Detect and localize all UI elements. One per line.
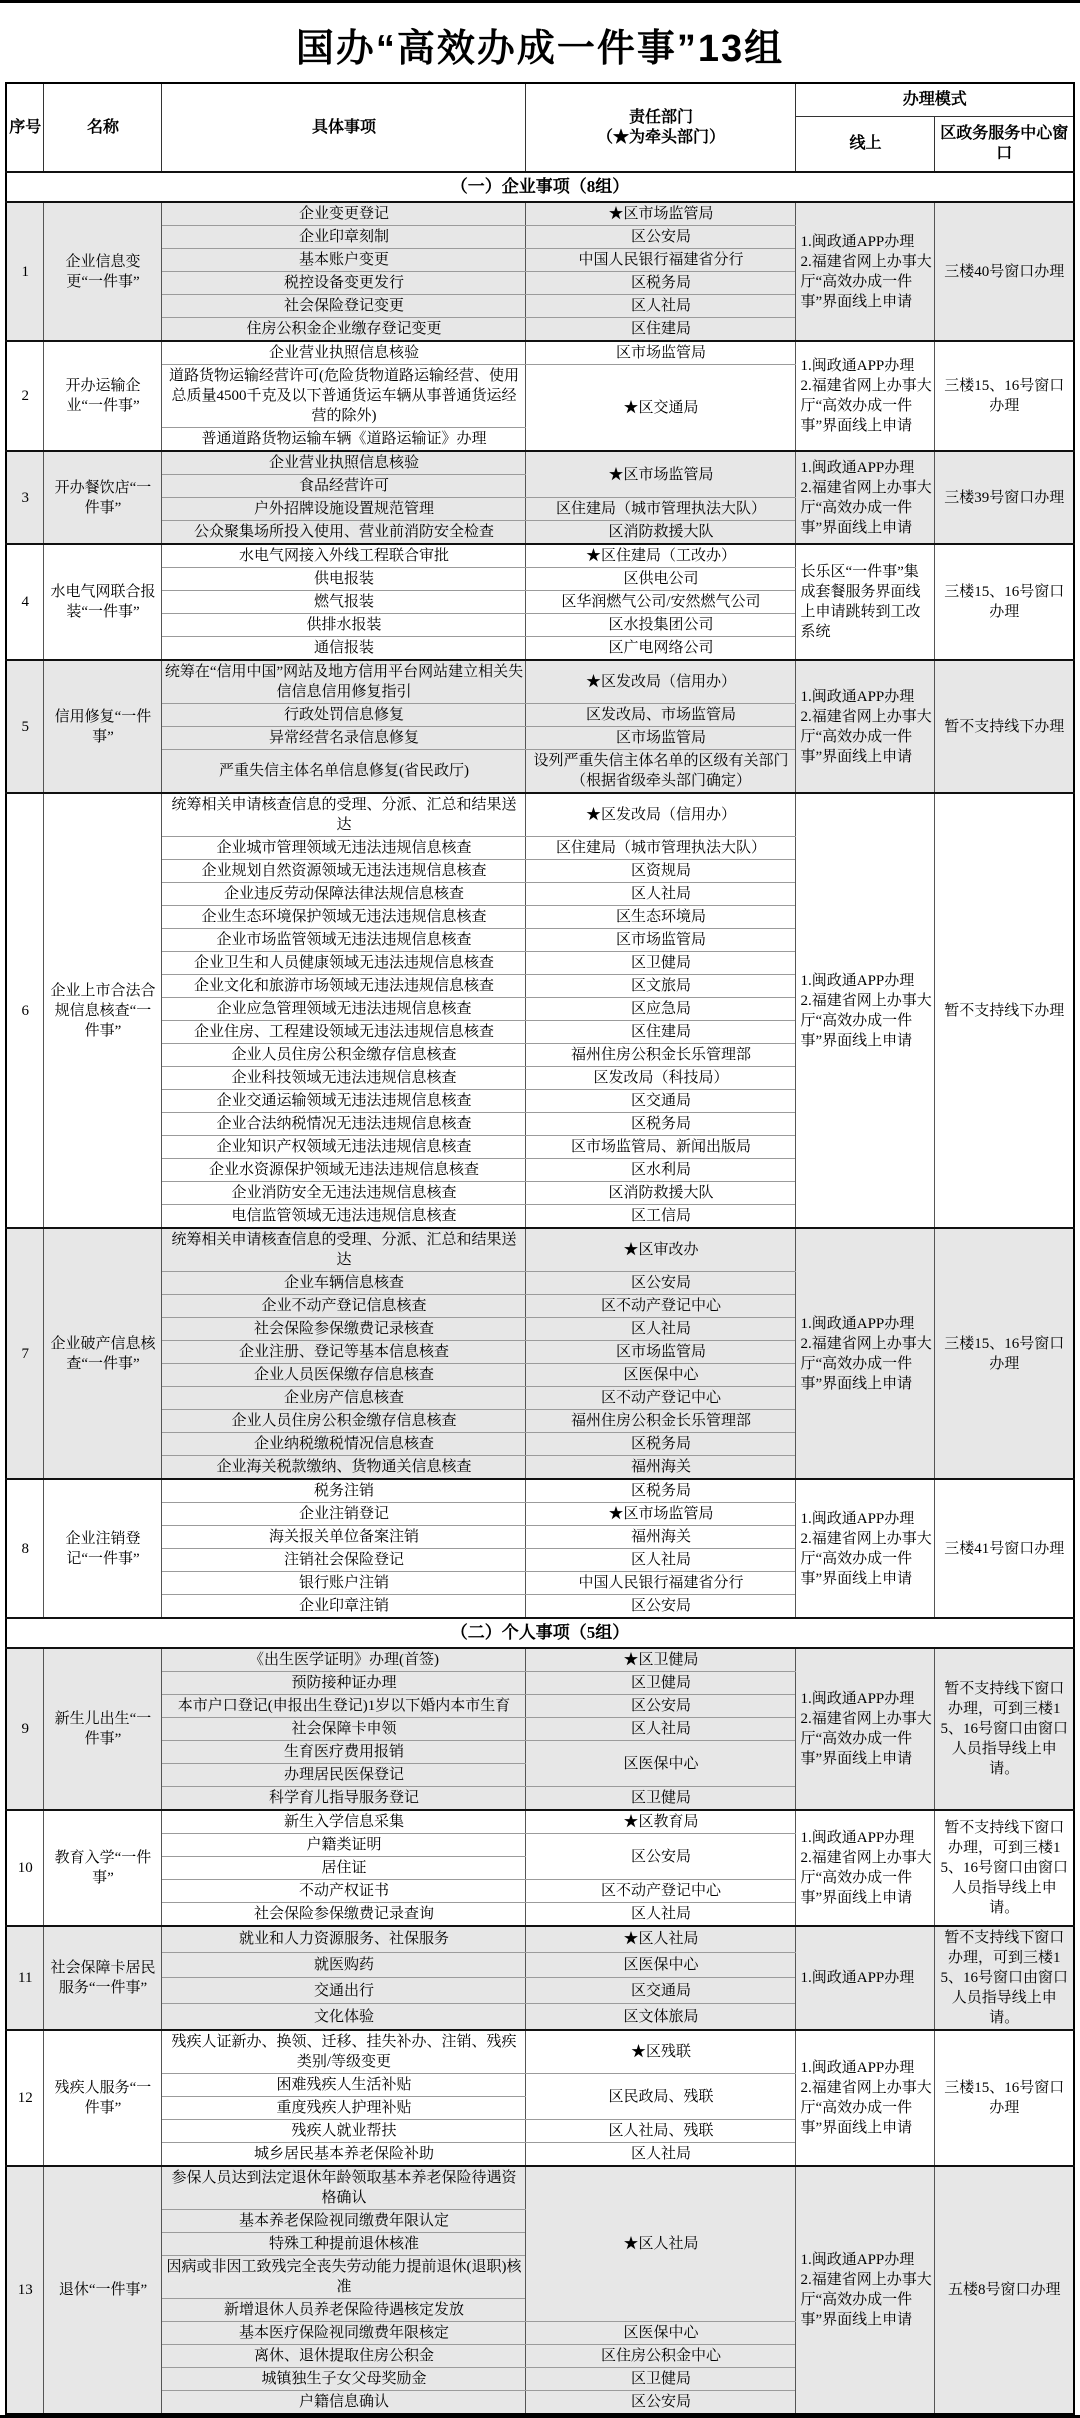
dept-cell: 区生态环境局: [526, 906, 796, 929]
row-number-cell: 1: [6, 202, 44, 341]
dept-cell: ★区卫健局: [526, 1648, 796, 1672]
dept-cell: 区公安局: [526, 1272, 796, 1295]
item-cell: 办理居民医保登记: [162, 1764, 526, 1787]
services-table: 序号 名称 具体事项 责任部门 （★为牵头部门） 办理模式 线上 区政务服务中心…: [5, 82, 1075, 2415]
item-cell: 困难残疾人生活补贴: [162, 2074, 526, 2097]
online-mode-cell: 1.闽政通APP办理 2.福建省网上办事大厅“高效办成一件事”界面线上申请: [796, 451, 935, 544]
dept-cell: 区公安局: [526, 226, 796, 249]
window-mode-cell: 三楼15、16号窗口办理: [935, 2030, 1074, 2166]
dept-cell: 区卫健局: [526, 1787, 796, 1811]
table-row: 3开办餐饮店“一件事”企业营业执照信息核验★区市场监管局1.闽政通APP办理 2…: [6, 451, 1074, 475]
group-name-cell: 信用修复“一件事”: [44, 660, 162, 793]
group-name-cell: 社会保障卡居民服务“一件事”: [44, 1926, 162, 2030]
dept-cell: 福州海关: [526, 1526, 796, 1549]
table-row: 7企业破产信息核查“一件事”统筹相关申请核查信息的受理、分派、汇总和结果送达★区…: [6, 1228, 1074, 1272]
item-cell: 严重失信主体名单信息修复(省民政厅): [162, 750, 526, 794]
col-header-dept: 责任部门 （★为牵头部门）: [526, 83, 796, 172]
item-cell: 企业规划自然资源领域无违法违规信息核查: [162, 860, 526, 883]
lead-dept-star-icon: ★: [631, 2044, 646, 2060]
table-row: 6企业上市合法合规信息核查“一件事”统筹相关申请核查信息的受理、分派、汇总和结果…: [6, 793, 1074, 837]
group-name-cell: 开办餐饮店“一件事”: [44, 451, 162, 544]
online-mode-cell: 1.闽政通APP办理 2.福建省网上办事大厅“高效办成一件事”界面线上申请: [796, 1228, 935, 1479]
item-cell: 基本医疗保险视同缴费年限核定: [162, 2322, 526, 2345]
online-mode-cell: 1.闽政通APP办理 2.福建省网上办事大厅“高效办成一件事”界面线上申请: [796, 1810, 935, 1926]
item-cell: 户外招牌设施设置规范管理: [162, 498, 526, 521]
table-row: 10教育入学“一件事”新生入学信息采集★区教育局1.闽政通APP办理 2.福建省…: [6, 1810, 1074, 1834]
item-cell: 住房公积金企业缴存登记变更: [162, 318, 526, 342]
item-cell: 企业应急管理领域无违法违规信息核查: [162, 998, 526, 1021]
table-row: 11社会保障卡居民服务“一件事”就业和人力资源服务、社保服务★区人社局1.闽政通…: [6, 1926, 1074, 1952]
item-cell: 社会保险参保缴费记录核查: [162, 1318, 526, 1341]
dept-cell: 区交通局: [526, 1090, 796, 1113]
group-name-cell: 企业信息变更“一件事”: [44, 202, 162, 341]
col-header-online: 线上: [796, 117, 935, 173]
dept-cell: 区人社局: [526, 1718, 796, 1741]
lead-dept-star-icon: ★: [608, 206, 623, 222]
table-body: （一）企业事项（8组）1企业信息变更“一件事”企业变更登记★区市场监管局1.闽政…: [6, 172, 1074, 2414]
table-row: 12残疾人服务“一件事”残疾人证新办、换领、迁移、挂失补办、注销、残疾类别/等级…: [6, 2030, 1074, 2074]
dept-cell: ★区交通局: [526, 365, 796, 452]
item-cell: 税控设备变更发行: [162, 272, 526, 295]
dept-cell: 区住建局: [526, 1021, 796, 1044]
dept-cell: 区税务局: [526, 1433, 796, 1456]
item-cell: 企业注销登记: [162, 1503, 526, 1526]
table-row: 5信用修复“一件事”统筹在“信用中国”网站及地方信用平台网站建立相关失信信息信用…: [6, 660, 1074, 704]
window-mode-cell: 暂不支持线下窗口办理，可到三楼15、16号窗口由窗口人员指导线上申请。: [935, 1926, 1074, 2030]
dept-cell: 区水利局: [526, 1159, 796, 1182]
dept-cell: 区人社局: [526, 295, 796, 318]
item-cell: 企业文化和旅游市场领域无违法违规信息核查: [162, 975, 526, 998]
item-cell: 供排水报装: [162, 614, 526, 637]
dept-cell: 区工信局: [526, 1205, 796, 1229]
dept-cell: 区医保中心: [526, 1364, 796, 1387]
lead-dept-star-icon: ★: [623, 2236, 638, 2252]
online-mode-cell: 1.闽政通APP办理 2.福建省网上办事大厅“高效办成一件事”界面线上申请: [796, 2166, 935, 2414]
item-cell: 生育医疗费用报销: [162, 1741, 526, 1764]
dept-cell: 区住建局: [526, 318, 796, 342]
item-cell: 企业人员住房公积金缴存信息核查: [162, 1044, 526, 1067]
row-number-cell: 2: [6, 341, 44, 451]
item-cell: 因病或非因工致残完全丧失劳动能力提前退休(退职)核准: [162, 2256, 526, 2299]
col-header-name: 名称: [44, 83, 162, 172]
item-cell: 城乡居民基本养老保险补助: [162, 2143, 526, 2167]
dept-cell: 区不动产登记中心: [526, 1387, 796, 1410]
col-header-window: 区政务服务中心窗口: [935, 117, 1074, 173]
dept-cell: 区交通局: [526, 1978, 796, 2004]
online-mode-cell: 1.闽政通APP办理 2.福建省网上办事大厅“高效办成一件事”界面线上申请: [796, 1479, 935, 1618]
dept-cell: 福州住房公积金长乐管理部: [526, 1410, 796, 1433]
online-mode-cell: 1.闽政通APP办理 2.福建省网上办事大厅“高效办成一件事”界面线上申请: [796, 660, 935, 793]
dept-cell: 区住建局（城市管理执法大队）: [526, 498, 796, 521]
item-cell: 企业知识产权领域无违法违规信息核查: [162, 1136, 526, 1159]
item-cell: 基本养老保险视同缴费年限认定: [162, 2210, 526, 2233]
dept-cell: 中国人民银行福建省分行: [526, 1572, 796, 1595]
item-cell: 残疾人证新办、换领、迁移、挂失补办、注销、残疾类别/等级变更: [162, 2030, 526, 2074]
lead-dept-star-icon: ★: [586, 807, 601, 823]
online-mode-cell: 1.闽政通APP办理 2.福建省网上办事大厅“高效办成一件事”界面线上申请: [796, 202, 935, 341]
lead-dept-star-icon: ★: [586, 674, 601, 690]
item-cell: 交通出行: [162, 1978, 526, 2004]
item-cell: 残疾人就业帮扶: [162, 2120, 526, 2143]
item-cell: 居住证: [162, 1857, 526, 1880]
table-row: 2开办运输企业“一件事”企业营业执照信息核验区市场监管局1.闽政通APP办理 2…: [6, 341, 1074, 365]
window-mode-cell: 五楼8号窗口办理: [935, 2166, 1074, 2414]
dept-cell: ★区市场监管局: [526, 451, 796, 498]
dept-cell: 区华润燃气公司/安然燃气公司: [526, 591, 796, 614]
lead-dept-star-icon: ★: [623, 1814, 638, 1830]
item-cell: 企业科技领域无违法违规信息核查: [162, 1067, 526, 1090]
dept-cell: 区人社局: [526, 883, 796, 906]
row-number-cell: 4: [6, 544, 44, 660]
dept-cell: 区住房公积金中心: [526, 2345, 796, 2368]
col-header-item: 具体事项: [162, 83, 526, 172]
item-cell: 企业违反劳动保障法律法规信息核查: [162, 883, 526, 906]
dept-cell: 区公安局: [526, 1695, 796, 1718]
item-cell: 企业城市管理领域无违法违规信息核查: [162, 837, 526, 860]
item-cell: 企业生态环境保护领域无违法违规信息核查: [162, 906, 526, 929]
dept-cell: 区税务局: [526, 1113, 796, 1136]
item-cell: 企业合法纳税情况无违法违规信息核查: [162, 1113, 526, 1136]
item-cell: 特殊工种提前退休核准: [162, 2233, 526, 2256]
dept-cell: 区不动产登记中心: [526, 1880, 796, 1903]
item-cell: 统筹相关申请核查信息的受理、分派、汇总和结果送达: [162, 793, 526, 837]
window-mode-cell: 三楼15、16号窗口办理: [935, 1228, 1074, 1479]
item-cell: 统筹相关申请核查信息的受理、分派、汇总和结果送达: [162, 1228, 526, 1272]
dept-cell: 区广电网络公司: [526, 637, 796, 661]
item-cell: 社会保障卡申领: [162, 1718, 526, 1741]
item-cell: 企业卫生和人员健康领域无违法违规信息核查: [162, 952, 526, 975]
item-cell: 企业人员住房公积金缴存信息核查: [162, 1410, 526, 1433]
dept-cell: 区医保中心: [526, 1741, 796, 1787]
dept-cell: ★区市场监管局: [526, 202, 796, 226]
item-cell: 新生入学信息采集: [162, 1810, 526, 1834]
window-mode-cell: 三楼41号窗口办理: [935, 1479, 1074, 1618]
item-cell: 道路货物运输经营许可(危险货物道路运输经营、使用总质量4500千克及以下普通货运…: [162, 365, 526, 428]
table-row: 9新生儿出生“一件事”《出生医学证明》办理(首签)★区卫健局1.闽政通APP办理…: [6, 1648, 1074, 1672]
group-name-cell: 企业注销登记“一件事”: [44, 1479, 162, 1618]
item-cell: 科学育儿指导服务登记: [162, 1787, 526, 1811]
dept-cell: 福州海关: [526, 1456, 796, 1480]
row-number-cell: 9: [6, 1648, 44, 1810]
section-row: （二）个人事项（5组）: [6, 1618, 1074, 1648]
item-cell: 户籍类证明: [162, 1834, 526, 1857]
group-name-cell: 退休“一件事”: [44, 2166, 162, 2414]
dept-cell: ★区发改局（信用办）: [526, 793, 796, 837]
item-cell: 参保人员达到法定退休年龄领取基本养老保险待遇资格确认: [162, 2166, 526, 2210]
lead-dept-star-icon: ★: [586, 548, 601, 564]
lead-dept-star-icon: ★: [608, 1506, 623, 1522]
item-cell: 社会保险登记变更: [162, 295, 526, 318]
item-cell: 海关报关单位备案注销: [162, 1526, 526, 1549]
window-mode-cell: 暂不支持线下窗口办理，可到三楼15、16号窗口由窗口人员指导线上申请。: [935, 1648, 1074, 1810]
item-cell: 企业人员医保缴存信息核查: [162, 1364, 526, 1387]
item-cell: 统筹在“信用中国”网站及地方信用平台网站建立相关失信信息信用修复指引: [162, 660, 526, 704]
item-cell: 城镇独生子女父母奖励金: [162, 2368, 526, 2391]
item-cell: 企业车辆信息核查: [162, 1272, 526, 1295]
dept-cell: 区人社局、残联: [526, 2120, 796, 2143]
row-number-cell: 10: [6, 1810, 44, 1926]
item-cell: 企业注册、登记等基本信息核查: [162, 1341, 526, 1364]
lead-dept-star-icon: ★: [623, 1242, 638, 1258]
window-mode-cell: 三楼15、16号窗口办理: [935, 544, 1074, 660]
dept-cell: ★区审改办: [526, 1228, 796, 1272]
section-header-label: （二）个人事项（5组）: [6, 1618, 1074, 1648]
item-cell: 企业印章注销: [162, 1595, 526, 1619]
row-number-cell: 7: [6, 1228, 44, 1479]
dept-cell: 区水投集团公司: [526, 614, 796, 637]
table-header: 序号 名称 具体事项 责任部门 （★为牵头部门） 办理模式 线上 区政务服务中心…: [6, 83, 1074, 172]
dept-cell: 区公安局: [526, 1834, 796, 1880]
header-row-1: 序号 名称 具体事项 责任部门 （★为牵头部门） 办理模式: [6, 83, 1074, 117]
group-name-cell: 企业破产信息核查“一件事”: [44, 1228, 162, 1479]
item-cell: 企业交通运输领域无违法违规信息核查: [162, 1090, 526, 1113]
dept-cell: ★区市场监管局: [526, 1503, 796, 1526]
item-cell: 企业纳税缴税情况信息核查: [162, 1433, 526, 1456]
window-mode-cell: 三楼40号窗口办理: [935, 202, 1074, 341]
row-number-cell: 5: [6, 660, 44, 793]
row-number-cell: 12: [6, 2030, 44, 2166]
item-cell: 企业印章刻制: [162, 226, 526, 249]
dept-cell: 区税务局: [526, 1479, 796, 1503]
dept-cell: 区市场监管局: [526, 1341, 796, 1364]
dept-cell: ★区发改局（信用办）: [526, 660, 796, 704]
section-row: （一）企业事项（8组）: [6, 172, 1074, 202]
item-cell: 新增退休人员养老保险待遇核定发放: [162, 2299, 526, 2322]
item-cell: 企业住房、工程建设领域无违法违规信息核查: [162, 1021, 526, 1044]
dept-cell: 中国人民银行福建省分行: [526, 249, 796, 272]
item-cell: 基本账户变更: [162, 249, 526, 272]
online-mode-cell: 1.闽政通APP办理: [796, 1926, 935, 2030]
dept-cell: 区文旅局: [526, 975, 796, 998]
dept-cell: 区人社局: [526, 1549, 796, 1572]
item-cell: 预防接种证办理: [162, 1672, 526, 1695]
item-cell: 《出生医学证明》办理(首签): [162, 1648, 526, 1672]
document-page: 国办“高效办成一件事”13组 序号 名称 具体事项 责任部门 （★为牵头部门） …: [0, 0, 1080, 2418]
group-name-cell: 水电气网联合报装“一件事”: [44, 544, 162, 660]
item-cell: 燃气报装: [162, 591, 526, 614]
item-cell: 水电气网接入外线工程联合审批: [162, 544, 526, 568]
dept-cell: 区人社局: [526, 2143, 796, 2167]
dept-cell: 区应急局: [526, 998, 796, 1021]
item-cell: 本市户口登记(申报出生登记)1岁以下婚内本市生育: [162, 1695, 526, 1718]
lead-dept-star-icon: ★: [623, 1931, 638, 1947]
table-row: 1企业信息变更“一件事”企业变更登记★区市场监管局1.闽政通APP办理 2.福建…: [6, 202, 1074, 226]
online-mode-cell: 1.闽政通APP办理 2.福建省网上办事大厅“高效办成一件事”界面线上申请: [796, 1648, 935, 1810]
online-mode-cell: 长乐区“一件事”集成套餐服务界面线上申请跳转到工改系统: [796, 544, 935, 660]
item-cell: 供电报装: [162, 568, 526, 591]
row-number-cell: 13: [6, 2166, 44, 2414]
dept-cell: ★区人社局: [526, 1926, 796, 1952]
window-mode-cell: 三楼15、16号窗口办理: [935, 341, 1074, 451]
item-cell: 企业消防安全无违法违规信息核查: [162, 1182, 526, 1205]
dept-cell: 区发改局、市场监管局: [526, 704, 796, 727]
dept-cell: 区消防救援大队: [526, 1182, 796, 1205]
item-cell: 离休、退休提取住房公积金: [162, 2345, 526, 2368]
lead-dept-star-icon: ★: [608, 467, 623, 483]
col-header-mode: 办理模式: [796, 83, 1074, 117]
row-number-cell: 8: [6, 1479, 44, 1618]
item-cell: 银行账户注销: [162, 1572, 526, 1595]
dept-cell: 福州住房公积金长乐管理部: [526, 1044, 796, 1067]
item-cell: 重度残疾人护理补贴: [162, 2097, 526, 2120]
online-mode-cell: 1.闽政通APP办理 2.福建省网上办事大厅“高效办成一件事”界面线上申请: [796, 793, 935, 1228]
dept-cell: 区公安局: [526, 2391, 796, 2415]
item-cell: 不动产权证书: [162, 1880, 526, 1903]
item-cell: 通信报装: [162, 637, 526, 661]
dept-cell: 区市场监管局: [526, 727, 796, 750]
window-mode-cell: 暂不支持线下办理: [935, 660, 1074, 793]
item-cell: 注销社会保险登记: [162, 1549, 526, 1572]
row-number-cell: 11: [6, 1926, 44, 2030]
dept-cell: 区不动产登记中心: [526, 1295, 796, 1318]
dept-cell: 区卫健局: [526, 1672, 796, 1695]
col-header-num: 序号: [6, 83, 44, 172]
dept-cell: 区卫健局: [526, 2368, 796, 2391]
dept-cell: 区发改局（科技局）: [526, 1067, 796, 1090]
item-cell: 公众聚集场所投入使用、营业前消防安全检查: [162, 521, 526, 545]
dept-cell: 区市场监管局、新闻出版局: [526, 1136, 796, 1159]
window-mode-cell: 暂不支持线下窗口办理，可到三楼15、16号窗口由窗口人员指导线上申请。: [935, 1810, 1074, 1926]
group-name-cell: 开办运输企业“一件事”: [44, 341, 162, 451]
item-cell: 税务注销: [162, 1479, 526, 1503]
lead-dept-star-icon: ★: [623, 1652, 638, 1668]
item-cell: 企业营业执照信息核验: [162, 451, 526, 475]
item-cell: 就医购药: [162, 1952, 526, 1978]
item-cell: 电信监管领域无违法违规信息核查: [162, 1205, 526, 1229]
dept-cell: 设列严重失信主体名单的区级有关部门（根据省级牵头部门确定）: [526, 750, 796, 794]
group-name-cell: 残疾人服务“一件事”: [44, 2030, 162, 2166]
item-cell: 食品经营许可: [162, 475, 526, 498]
dept-cell: 区供电公司: [526, 568, 796, 591]
item-cell: 企业海关税款缴纳、货物通关信息核查: [162, 1456, 526, 1480]
row-number-cell: 6: [6, 793, 44, 1228]
item-cell: 企业房产信息核查: [162, 1387, 526, 1410]
item-cell: 企业变更登记: [162, 202, 526, 226]
dept-cell: 区人社局: [526, 1903, 796, 1927]
dept-cell: ★区教育局: [526, 1810, 796, 1834]
online-mode-cell: 1.闽政通APP办理 2.福建省网上办事大厅“高效办成一件事”界面线上申请: [796, 341, 935, 451]
dept-cell: 区消防救援大队: [526, 521, 796, 545]
item-cell: 企业水资源保护领域无违法违规信息核查: [162, 1159, 526, 1182]
dept-cell: ★区人社局: [526, 2166, 796, 2322]
item-cell: 行政处罚信息修复: [162, 704, 526, 727]
dept-cell: 区医保中心: [526, 1952, 796, 1978]
item-cell: 就业和人力资源服务、社保服务: [162, 1926, 526, 1952]
window-mode-cell: 三楼39号窗口办理: [935, 451, 1074, 544]
dept-cell: 区卫健局: [526, 952, 796, 975]
dept-cell: 区公安局: [526, 1595, 796, 1619]
row-number-cell: 3: [6, 451, 44, 544]
dept-cell: ★区住建局（工改办）: [526, 544, 796, 568]
dept-cell: 区资规局: [526, 860, 796, 883]
group-name-cell: 企业上市合法合规信息核查“一件事”: [44, 793, 162, 1228]
item-cell: 文化体验: [162, 2004, 526, 2030]
lead-dept-star-icon: ★: [623, 400, 638, 416]
page-title: 国办“高效办成一件事”13组: [0, 3, 1080, 82]
item-cell: 普通道路货物运输车辆《道路运输证》办理: [162, 428, 526, 452]
item-cell: 企业市场监管领域无违法违规信息核查: [162, 929, 526, 952]
dept-cell: 区市场监管局: [526, 929, 796, 952]
group-name-cell: 新生儿出生“一件事”: [44, 1648, 162, 1810]
item-cell: 企业营业执照信息核验: [162, 341, 526, 365]
item-cell: 户籍信息确认: [162, 2391, 526, 2415]
item-cell: 异常经营名录信息修复: [162, 727, 526, 750]
dept-cell: 区人社局: [526, 1318, 796, 1341]
dept-cell: 区医保中心: [526, 2322, 796, 2345]
online-mode-cell: 1.闽政通APP办理 2.福建省网上办事大厅“高效办成一件事”界面线上申请: [796, 2030, 935, 2166]
dept-cell: ★区残联: [526, 2030, 796, 2074]
item-cell: 企业不动产登记信息核查: [162, 1295, 526, 1318]
dept-cell: 区住建局（城市管理执法大队）: [526, 837, 796, 860]
dept-cell: 区市场监管局: [526, 341, 796, 365]
dept-cell: 区文体旅局: [526, 2004, 796, 2030]
group-name-cell: 教育入学“一件事”: [44, 1810, 162, 1926]
table-row: 13退休“一件事”参保人员达到法定退休年龄领取基本养老保险待遇资格确认★区人社局…: [6, 2166, 1074, 2210]
table-row: 8企业注销登记“一件事”税务注销区税务局1.闽政通APP办理 2.福建省网上办事…: [6, 1479, 1074, 1503]
dept-cell: 区税务局: [526, 272, 796, 295]
window-mode-cell: 暂不支持线下办理: [935, 793, 1074, 1228]
item-cell: 社会保险参保缴费记录查询: [162, 1903, 526, 1927]
section-header-label: （一）企业事项（8组）: [6, 172, 1074, 202]
table-row: 4水电气网联合报装“一件事”水电气网接入外线工程联合审批★区住建局（工改办）长乐…: [6, 544, 1074, 568]
dept-cell: 区民政局、残联: [526, 2074, 796, 2120]
